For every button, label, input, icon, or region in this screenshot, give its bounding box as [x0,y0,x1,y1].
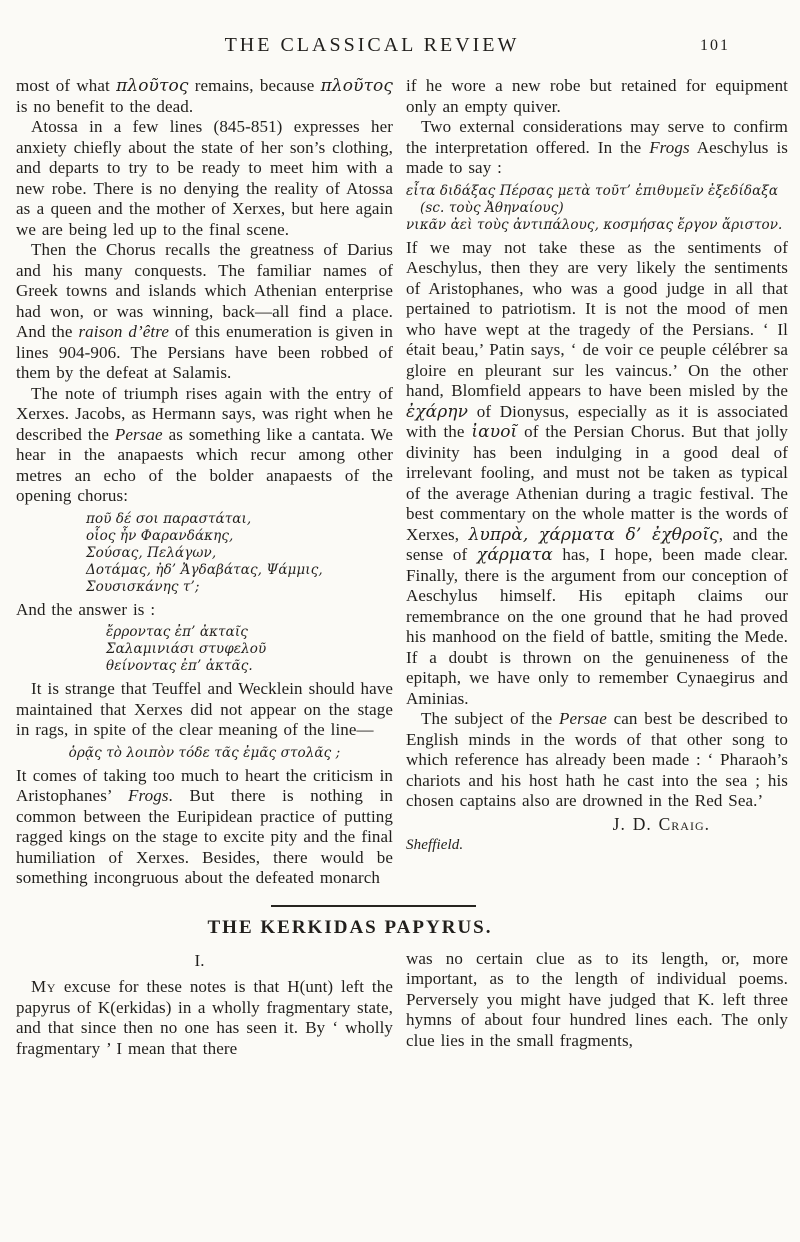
paragraph: My excuse for these notes is that H(unt)… [16,977,393,1059]
paragraph: if he wore a new robe but retained for e… [406,76,788,117]
paragraph: was no certain clue as to its length, or… [406,949,788,1052]
paragraph: The subject of the Persae can best be de… [406,709,788,812]
second-article: THE KERKIDAS PAPYRUS. I. My excuse for t… [16,917,788,1060]
paragraph: It is strange that Teuffel and Wecklein … [16,679,393,741]
greek-verse: ἔρροντας ἐπ’ ἀκταῖςΣαλαμινιάσι στυφελοῦθ… [106,624,393,675]
paragraph: And the answer is : [16,600,393,621]
paragraph: Two external considerations may serve to… [406,117,788,179]
greek-verse: ὁρᾷς τὸ λοιπὸν τόδε τᾶς ἐμᾶς στολᾶς ; [16,745,393,762]
page-header: THE CLASSICAL REVIEW 101 [16,34,788,66]
article2-left: I. My excuse for these notes is that H(u… [16,949,393,1060]
greek-verse: ποῦ δέ σοι παραστάται,οἷος ἦν Φαρανδάκης… [86,511,393,596]
author-place: Sheffield. [406,835,788,856]
greek-line: Σαλαμινιάσι στυφελοῦ [106,641,393,658]
author-signature: J. D. Craig. [406,814,788,835]
greek-line: Δοτάμας, ἠδ’ Ἀγδαβάτας, Ψάμμις, [86,562,393,579]
paragraph: most of what πλοῦτος remains, because πλ… [16,76,393,117]
paragraph: It comes of taking too much to heart the… [16,766,393,889]
article-continuation: most of what πλοῦτος remains, because πλ… [16,76,788,889]
greek-line: ἔρροντας ἐπ’ ἀκταῖς [106,624,393,641]
page-number: 101 [700,37,730,55]
article2-left-column: My excuse for these notes is that H(unt)… [16,977,393,1059]
article2-right-column: was no certain clue as to its length, or… [406,949,788,1060]
journal-title: THE CLASSICAL REVIEW [0,34,758,57]
greek-line: οἷος ἦν Φαρανδάκης, [86,528,393,545]
greek-line: ποῦ δέ σοι παραστάται, [86,511,393,528]
journal-page: THE CLASSICAL REVIEW 101 most of what πλ… [0,0,800,1059]
paragraph: If we may not take these as the sentimen… [406,238,788,710]
article-title: THE KERKIDAS PAPYRUS. [0,917,736,939]
left-column: most of what πλοῦτος remains, because πλ… [16,76,393,889]
greek-quote: εἶτα διδάξας Πέρσας μετὰ τοῦτ’ ἐπιθυμεῖν… [406,183,788,234]
greek-line: θείνοντας ἐπ’ ἀκτᾶς. [106,658,393,675]
paragraph: Atossa in a few lines (845-851) expresse… [16,117,393,240]
greek-line: Σουσισκάνης τ’; [86,579,393,596]
article-separator-rule [271,905,476,907]
right-column: if he wore a new robe but retained for e… [406,76,788,889]
greek-line: νικᾶν ἀεὶ τοὺς ἀντιπάλους, κοσμήσας ἔργο… [406,217,788,234]
greek-line: ὁρᾷς τὸ λοιπὸν τόδε τᾶς ἐμᾶς στολᾶς ; [16,745,393,762]
greek-line: Σούσας, Πελάγων, [86,545,393,562]
paragraph: Then the Chorus recalls the greatness of… [16,240,393,384]
paragraph: The note of triumph rises again with the… [16,384,393,507]
greek-line: (sc. τοὺς Ἀθηναίους) [420,200,788,217]
section-number: I. [11,951,388,972]
greek-line: εἶτα διδάξας Πέρσας μετὰ τοῦτ’ ἐπιθυμεῖν… [406,183,788,200]
